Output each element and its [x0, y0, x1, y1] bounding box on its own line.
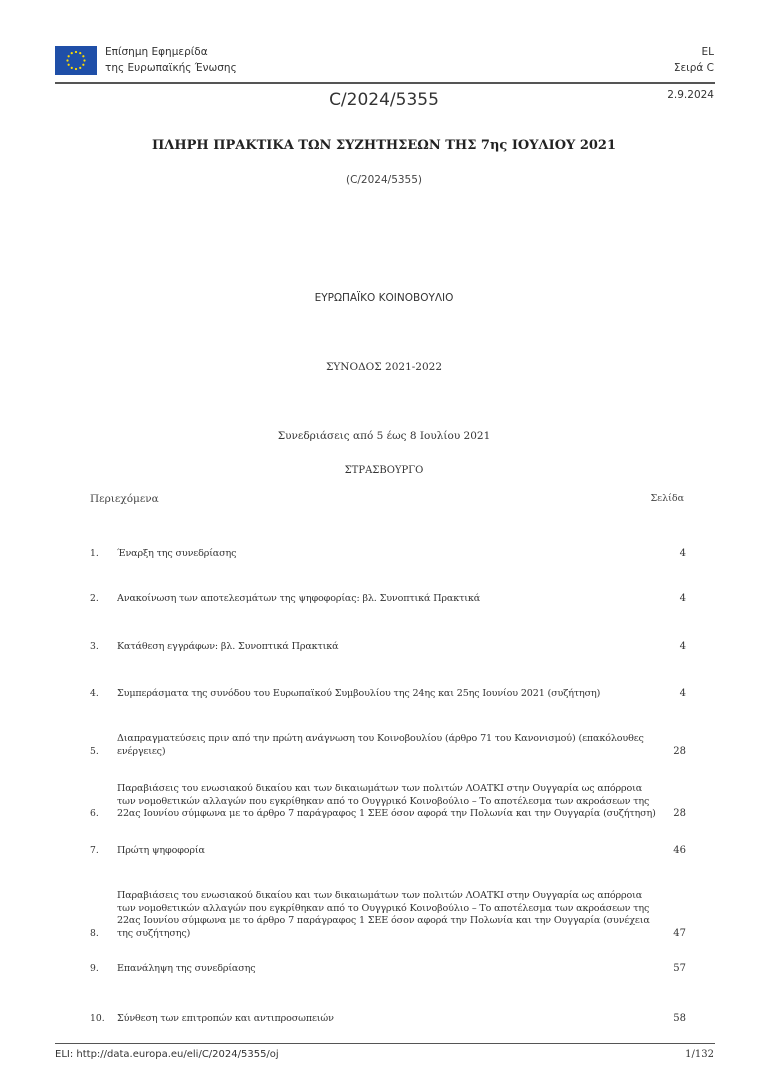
toc-item-number: 4.: [90, 688, 117, 701]
journal-name-line2: της Ευρωπαϊκής Ένωσης: [105, 60, 237, 76]
eli-link[interactable]: ELI: http://data.europa.eu/eli/C/2024/53…: [55, 1049, 279, 1060]
toc-item-page: 4: [656, 688, 686, 701]
toc-item-page: 28: [656, 808, 686, 821]
toc-item-title: Πρώτη ψηφοφορία ........................…: [117, 845, 656, 858]
toc-item-title-text: Σύνθεση των επιτροπών και αντιπροσωπειών: [117, 1013, 334, 1024]
page-number: 1/132: [685, 1049, 714, 1060]
toc-item[interactable]: 2.Ανακοίνωση των αποτελεσμάτων της ψηφοφ…: [90, 593, 686, 606]
toc-item-title: Έναρξη της συνεδρίασης .................…: [117, 548, 656, 561]
toc-item-title-text: Συμπεράσματα της συνόδου του Ευρωπαϊκού …: [117, 688, 600, 699]
document-subnumber: (C/2024/5355): [0, 174, 768, 186]
toc-heading: Περιεχόμενα: [90, 493, 159, 505]
toc-item-page: 28: [656, 746, 686, 759]
language-series: EL Σειρά C: [674, 44, 714, 76]
toc-item[interactable]: 10.Σύνθεση των επιτροπών και αντιπροσωπε…: [90, 1013, 686, 1026]
toc-item-page: 58: [656, 1013, 686, 1026]
toc-item-title: Ανακοίνωση των αποτελεσμάτων της ψηφοφορ…: [117, 593, 656, 606]
city-name: ΣΤΡΑΣΒΟΥΡΓΟ: [0, 465, 768, 476]
toc-item-page: 4: [656, 593, 686, 606]
toc-item-page: 4: [656, 641, 686, 654]
toc-item-title-text: Έναρξη της συνεδρίασης: [117, 548, 236, 559]
journal-name-line1: Επίσημη Εφημερίδα: [105, 44, 237, 60]
series-label: Σειρά C: [674, 60, 714, 76]
toc-item[interactable]: 8.Παραβιάσεις του ενωσιακού δικαίου και …: [90, 890, 686, 940]
toc-item-number: 2.: [90, 593, 117, 606]
toc-item-number: 6.: [90, 808, 117, 821]
session-label: ΣΥΝΟΔΟΣ 2021-2022: [0, 361, 768, 373]
toc-item[interactable]: 5.Διαπραγματεύσεις πριν από την πρώτη αν…: [90, 733, 686, 758]
toc-item[interactable]: 4.Συμπεράσματα της συνόδου του Ευρωπαϊκο…: [90, 688, 686, 701]
toc-item-number: 9.: [90, 963, 117, 976]
toc-item-page: 46: [656, 845, 686, 858]
toc-item-number: 7.: [90, 845, 117, 858]
header-divider: [55, 82, 715, 84]
sittings-dates: Συνεδριάσεις από 5 έως 8 Ιουλίου 2021: [0, 430, 768, 442]
toc-item-title-text: Κατάθεση εγγράφων: βλ. Συνοπτικά Πρακτικ…: [117, 641, 338, 652]
document-number: C/2024/5355: [0, 90, 768, 110]
toc-item-title-text: Επανάληψη της συνεδρίασης: [117, 963, 255, 974]
toc-item-title-text: Παραβιάσεις του ενωσιακού δικαίου και τω…: [117, 783, 656, 819]
document-title: ΠΛΗΡΗ ΠΡΑΚΤΙΚΑ ΤΩΝ ΣΥΖΗΤΗΣΕΩΝ ΤΗΣ 7ης ΙΟ…: [0, 138, 768, 153]
toc-item-title: Παραβιάσεις του ενωσιακού δικαίου και τω…: [117, 783, 656, 821]
language-code: EL: [674, 44, 714, 60]
toc-item-title: Διαπραγματεύσεις πριν από την πρώτη ανάγ…: [117, 733, 656, 758]
toc-item-page: 4: [656, 548, 686, 561]
toc-item-page: 47: [656, 928, 686, 941]
toc-item[interactable]: 9.Επανάληψη της συνεδρίασης ............…: [90, 963, 686, 976]
toc-item[interactable]: 6.Παραβιάσεις του ενωσιακού δικαίου και …: [90, 783, 686, 821]
toc-item-title: Κατάθεση εγγράφων: βλ. Συνοπτικά Πρακτικ…: [117, 641, 656, 654]
toc-item[interactable]: 7.Πρώτη ψηφοφορία ......................…: [90, 845, 686, 858]
footer-divider: [55, 1043, 715, 1044]
toc-item-number: 3.: [90, 641, 117, 654]
toc-item-title: Παραβιάσεις του ενωσιακού δικαίου και τω…: [117, 890, 656, 940]
toc-item-number: 5.: [90, 746, 117, 759]
toc-item-number: 8.: [90, 928, 117, 941]
toc-item[interactable]: 3.Κατάθεση εγγράφων: βλ. Συνοπτικά Πρακτ…: [90, 641, 686, 654]
toc-item-title: Συμπεράσματα της συνόδου του Ευρωπαϊκού …: [117, 688, 656, 701]
eu-flag-icon: [55, 46, 97, 75]
journal-name: Επίσημη Εφημερίδα της Ευρωπαϊκής Ένωσης: [105, 44, 237, 76]
toc-item-number: 1.: [90, 548, 117, 561]
toc-item-title: Επανάληψη της συνεδρίασης ..............…: [117, 963, 656, 976]
toc-item-title-text: Πρώτη ψηφοφορία: [117, 845, 205, 856]
toc-item-title-text: Παραβιάσεις του ενωσιακού δικαίου και τω…: [117, 890, 650, 939]
toc-item-number: 10.: [90, 1013, 117, 1026]
institution-name: ΕΥΡΩΠΑΪΚΟ ΚΟΙΝΟΒΟΥΛΙΟ: [0, 292, 768, 304]
toc-item[interactable]: 1.Έναρξη της συνεδρίασης ...............…: [90, 548, 686, 561]
toc-item-title-text: Διαπραγματεύσεις πριν από την πρώτη ανάγ…: [117, 733, 644, 757]
toc-page-heading: Σελίδα: [650, 493, 684, 504]
toc-item-page: 57: [656, 963, 686, 976]
toc-item-title: Σύνθεση των επιτροπών και αντιπροσωπειών…: [117, 1013, 656, 1026]
toc-item-title-text: Ανακοίνωση των αποτελεσμάτων της ψηφοφορ…: [117, 593, 480, 604]
